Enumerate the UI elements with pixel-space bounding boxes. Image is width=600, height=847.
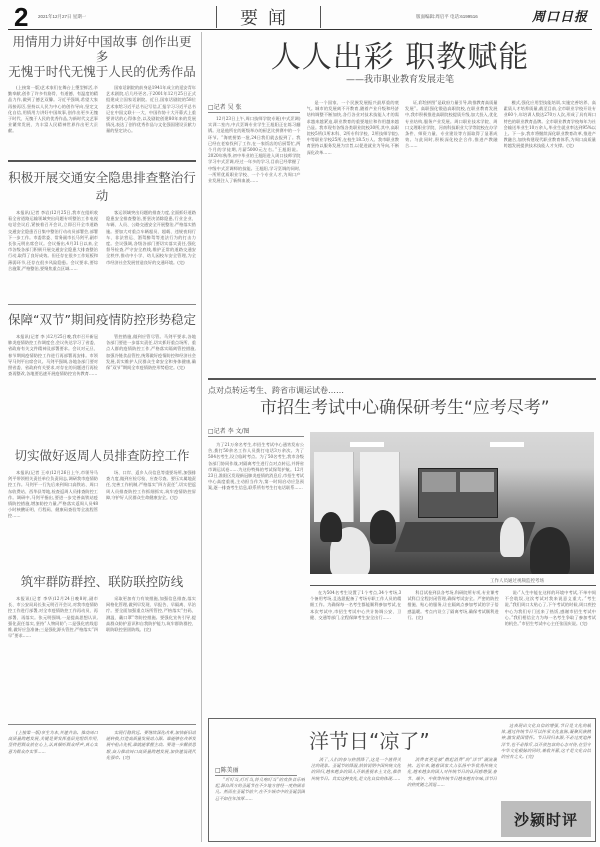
photo-person xyxy=(370,510,396,544)
photo-monitor-wall xyxy=(418,468,498,518)
feature-column: 证,彩绘拼图“是政府力量引导,助推教育高质量发展”。高职强化锻造高职院校,在职业… xyxy=(405,100,498,358)
story-body: 国家话剧院的前身是1941年成立的延安青年艺术剧院,后几经更名,于2001年12… xyxy=(106,85,196,163)
feature-column: 是一个国家、一个民族发展振兴最厚重的底气。城市的发展离不开教育,随着产业升级和经… xyxy=(307,100,400,358)
photo-window xyxy=(314,452,354,522)
photo-rule xyxy=(310,585,596,586)
commentary-column: 这表现出文化自信的增强,节日是文化的载体,通过传统节日可以传承文化血脉,凝聚民族… xyxy=(501,723,591,793)
story-body: 场、口岸、返乡人员信息等重要场所,加强排查力度,做到应检尽检、应查尽查。要压实属… xyxy=(106,470,196,568)
story-epidemic-holidays: 保障“双节”期间疫情防控形势稳定 本报讯(记者 李 )12月25日晚,我市召开新… xyxy=(8,310,196,446)
section-divider xyxy=(8,160,196,162)
commentary-column: “叮叮当,叮叮当,铃儿响叮当”的欢快音乐响起,源自西方的圣诞节在不少地方曾经一度… xyxy=(215,777,305,839)
story-body: 采取更加有力有效措施,加强信息排查,落实网格化管理,做到早发现、早报告、早隔离、… xyxy=(106,596,196,708)
story-body: 本报讯(记者 李岩)12月25日,我市在组织收看全省道路运输领域突出问题专项整治… xyxy=(8,210,98,326)
section-divider xyxy=(8,304,196,305)
story-traffic-safety: 积极开展交通安全隐患排查整治行动 本报讯(记者 李岩)12月25日,我市在组织收… xyxy=(8,168,196,326)
exam-column: 在为504名考生设置了1个考点,34个考场,3个备用考场,且选派配备了考场专职工… xyxy=(310,590,401,698)
feature-body: 12月23日上午,周口技师学院专班(中式烹调)实训二室内,中式烹调专业学生王旭阳… xyxy=(208,100,596,358)
column-name-badge: 沙颍时评 xyxy=(501,801,591,837)
commentary-column: 淡了,人们的参与热情降了,这是一个值得关注的现象。圣诞节的降温,恰恰说明中国传统… xyxy=(311,757,401,839)
story-headline: 积极开展交通安全隐患排查整治行动 xyxy=(8,168,196,204)
story-body: 实现行稳致远。要继续深化改革,加快新旧动能转换,打造高质量发展动力源。谁能够在改… xyxy=(106,730,196,838)
feature-headline: 人人出彩 职教赋能 xyxy=(200,32,600,76)
exam-column: 为了21万余名考生,市招生考试中心通宵发布公告,拨打50余名工作人员拨打电话3万… xyxy=(208,442,304,700)
commentary-column: 消费者更是被“燃起消费”的“洋节”潮流裹挟。近年来,随着国家大力弘扬中华优秀传统… xyxy=(407,757,497,839)
photo-person xyxy=(530,527,570,574)
feature-column: 模式,强化应用型技能培训,实施完善培养、高素质人才培养质量,截至目前,全市职业学… xyxy=(504,100,597,358)
commentary-byline: □陈美丽 xyxy=(215,765,239,774)
commentary-body: “叮叮当,叮叮当,铃儿响叮当”的欢快音乐响起,源自西方的圣诞节在不少地方曾经一度… xyxy=(215,777,497,839)
exam-body: 在为504名考生设置了1个考点,34个考场,3个备用考场,且选派配备了考场专职工… xyxy=(310,590,596,698)
exam-headline: 市招生考试中心确保研考生“应考尽考” xyxy=(260,393,550,418)
commentary-box: 洋节日“凉了” □陈美丽 “叮叮当,叮叮当,铃儿响叮当”的欢快音乐响起,源自西方… xyxy=(208,718,596,842)
exam-column: 说:“人生中能在这样的环境中考试,不单中间不会耽误,这次考试对我来说意义重大。”… xyxy=(505,590,596,698)
story-continued: (上接第一版)享生为本,共建共治。推动周口高质量跨越发展,关键是要发挥基层党组织… xyxy=(8,730,196,838)
story-joint-prevention: 筑牢群防群控、联防联控防线 本报讯(记者 李华)12月24日晚8时,副市长、市公… xyxy=(8,572,196,708)
story-body: 管控措施,做到应管尽管。马剑平要求,各地各部门要进一步落实责任,切实抓好重点场所… xyxy=(106,334,196,446)
column-divider xyxy=(201,32,202,842)
story-headline: 保障“双节”期间疫情防控形势稳定 xyxy=(8,310,196,328)
story-body: (上接第一版)艺术家们在舞台上塑型鲜活,辛勤奉献,创作了许多有筋骨、有道德、有温… xyxy=(8,85,98,163)
story-headline: 用情用力讲好中国故事 创作出更多 无愧于时代无愧于人民的优秀作品 xyxy=(8,34,196,79)
section-divider xyxy=(208,378,596,380)
exam-byline: □记者 李 文/图 xyxy=(208,426,250,435)
story-returnees: 切实做好返周人员排查防控工作 本报讯(记者 王卓)12月26日上午,市领导马剑平… xyxy=(8,446,196,568)
story-body: 客运领域突出问题的排查力度,全面抓好道路隐患安全排查整治,要坚决消除隐患,行业企… xyxy=(106,210,196,326)
feature-subheadline: ——我市职业教育发展走笔 xyxy=(300,72,500,85)
editor-info: 版面编辑:周启平 电话:6199516 xyxy=(416,14,478,20)
masthead-divider xyxy=(320,6,321,28)
issue-date: 2021年12月27日 星期一 xyxy=(38,14,86,20)
page-number: 2 xyxy=(14,2,28,33)
news-photo-exam-monitoring xyxy=(310,432,594,574)
masthead: 2 2021年12月27日 星期一 要闻 版面编辑:周启平 电话:6199516… xyxy=(8,0,592,30)
photo-person xyxy=(500,517,524,557)
story-body: 本报讯(记者 王卓)12月26日上午,市领导马剑平带领相关责任单位负责同志,调研… xyxy=(8,470,98,568)
commentary-headline: 洋节日“凉了” xyxy=(309,725,430,754)
photo-caption: 工作人员通过视频监控考场 xyxy=(490,578,544,584)
photo-light xyxy=(350,442,384,447)
byline-rule xyxy=(208,436,304,437)
masthead-divider xyxy=(216,6,217,28)
section-name: 要闻 xyxy=(240,4,296,30)
section-divider xyxy=(8,724,196,725)
exam-column: 科目试卷到县各考场,科研院所专项,专业课考试科目全程封闭管理,确保考试安全。严密… xyxy=(407,590,498,698)
story-body: 本报讯(记者 李 )12月25日晚,我市召开新冠肺炎疫情防控工作调度会,会议传达… xyxy=(8,334,98,446)
newspaper-logo: 周口日报 xyxy=(532,6,588,25)
photo-light xyxy=(490,442,524,447)
story-body: (上接第一版)享生为本,共建共治。推动周口高质量跨越发展,关键是要发挥基层党组织… xyxy=(8,730,98,838)
story-headline: 切实做好返周人员排查防控工作 xyxy=(8,446,196,464)
photo-person xyxy=(320,512,342,542)
story-headline: 筑牢群防群控、联防联控防线 xyxy=(8,572,196,590)
feature-column: 12月23日上午,周口技师学院专班(中式烹调)实训二室内,中式烹调专业学生王旭阳… xyxy=(208,116,301,374)
story-storytelling: 用情用力讲好中国故事 创作出更多 无愧于时代无愧于人民的优秀作品 (上接第一版)… xyxy=(8,34,196,163)
story-body: 本报讯(记者 李华)12月24日晚8时,副市长、市公安局局长张元明召开会议,对我… xyxy=(8,596,98,708)
byline-rule xyxy=(215,775,297,776)
